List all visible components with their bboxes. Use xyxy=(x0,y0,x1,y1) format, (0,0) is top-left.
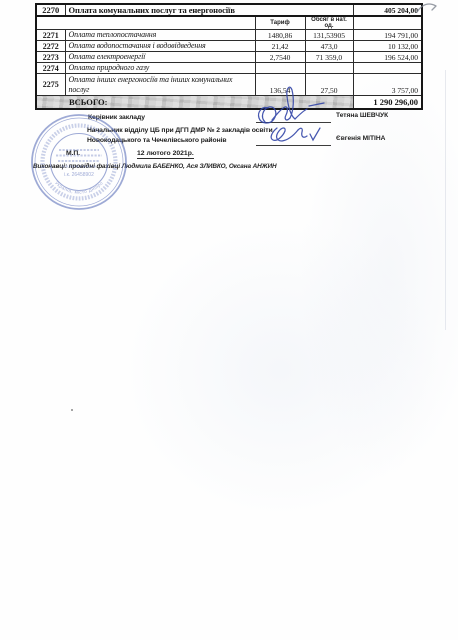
amount-cell: 196 524,00 xyxy=(353,52,422,63)
total-amount-cell: 1 290 296,00 xyxy=(353,96,422,109)
name-cell: Оплата інших енергоносіїв та інших комун… xyxy=(65,74,255,96)
signature-line-2 xyxy=(256,145,331,146)
ink-speck xyxy=(71,409,73,411)
code-cell: 2275 xyxy=(36,74,65,96)
table-total-row: ВСЬОГО: 1 290 296,00 xyxy=(36,96,422,109)
empty-cell xyxy=(353,16,422,30)
table-row-2275: 2275 Оплата інших енергоносіїв та інших … xyxy=(36,74,422,96)
utility-payments-table: 2270 Оплата комунальних послуг та енерго… xyxy=(35,3,423,110)
amount-cell: 10 132,00 xyxy=(353,41,422,52)
volume-column-header: Обсяг в нат. од. xyxy=(305,16,353,30)
name-cell: Оплата теплопостачання xyxy=(65,30,255,41)
total-label-cell: ВСЬОГО: xyxy=(36,96,353,109)
volume-cell: 27,50 xyxy=(305,74,353,96)
volume-cell: 71 359,0 xyxy=(305,52,353,63)
accountant-name: Євгенія МІТІНА xyxy=(336,135,385,142)
tariff-column-header: Тариф xyxy=(255,16,305,30)
tariff-cell: 2,7540 xyxy=(255,52,305,63)
name-cell: Оплата природного газу xyxy=(65,63,255,74)
stamp-id-code: і.к. 26458902 xyxy=(64,172,94,178)
tariff-cell: 21,42 xyxy=(255,41,305,52)
code-cell: 2271 xyxy=(36,30,65,41)
table-column-header-row: Тариф Обсяг в нат. од. xyxy=(36,16,422,30)
code-cell: 2273 xyxy=(36,52,65,63)
name-cell: Оплата електроенергії xyxy=(65,52,255,63)
scanned-document-page: 2270 Оплата комунальних послуг та енерго… xyxy=(0,0,458,640)
scan-noise xyxy=(300,60,458,480)
volume-cell xyxy=(305,63,353,74)
scan-noise xyxy=(120,220,440,520)
tariff-cell xyxy=(255,63,305,74)
amount-cell: 3 757,00 xyxy=(353,74,422,96)
name-cell: Оплата водопостачання і водовідведення xyxy=(65,41,255,52)
table-row-2271: 2271 Оплата теплопостачання 1480,86 131,… xyxy=(36,30,422,41)
amount-cell: 405 204,00 xyxy=(353,4,422,16)
signature-line-1 xyxy=(256,122,331,123)
scan-edge-shadow xyxy=(445,70,446,330)
volume-cell: 131,53905 xyxy=(305,30,353,41)
code-cell: 2272 xyxy=(36,41,65,52)
amount-cell xyxy=(353,63,422,74)
code-cell: 2274 xyxy=(36,63,65,74)
table-row-group-2270: 2270 Оплата комунальних послуг та енерго… xyxy=(36,4,422,16)
date-field: 12 лютого 2021р. xyxy=(137,150,194,159)
table-row-2272: 2272 Оплата водопостачання і водовідведе… xyxy=(36,41,422,52)
tariff-cell: 1480,86 xyxy=(255,30,305,41)
empty-cell xyxy=(36,16,255,30)
code-cell: 2270 xyxy=(36,4,65,16)
table-row-2273: 2273 Оплата електроенергії 2,7540 71 359… xyxy=(36,52,422,63)
round-stamp-icon: і.к. 26458902 Україна, місто Дніпро xyxy=(29,112,129,212)
table-row-2274: 2274 Оплата природного газу xyxy=(36,63,422,74)
head-name: Тетяна ШЕВЧУК xyxy=(336,112,388,119)
group-title-cell: Оплата комунальних послуг та енергоносії… xyxy=(65,4,353,16)
amount-cell: 194 791,00 xyxy=(353,30,422,41)
volume-cell: 473,0 xyxy=(305,41,353,52)
tariff-cell: 136,54 xyxy=(255,74,305,96)
